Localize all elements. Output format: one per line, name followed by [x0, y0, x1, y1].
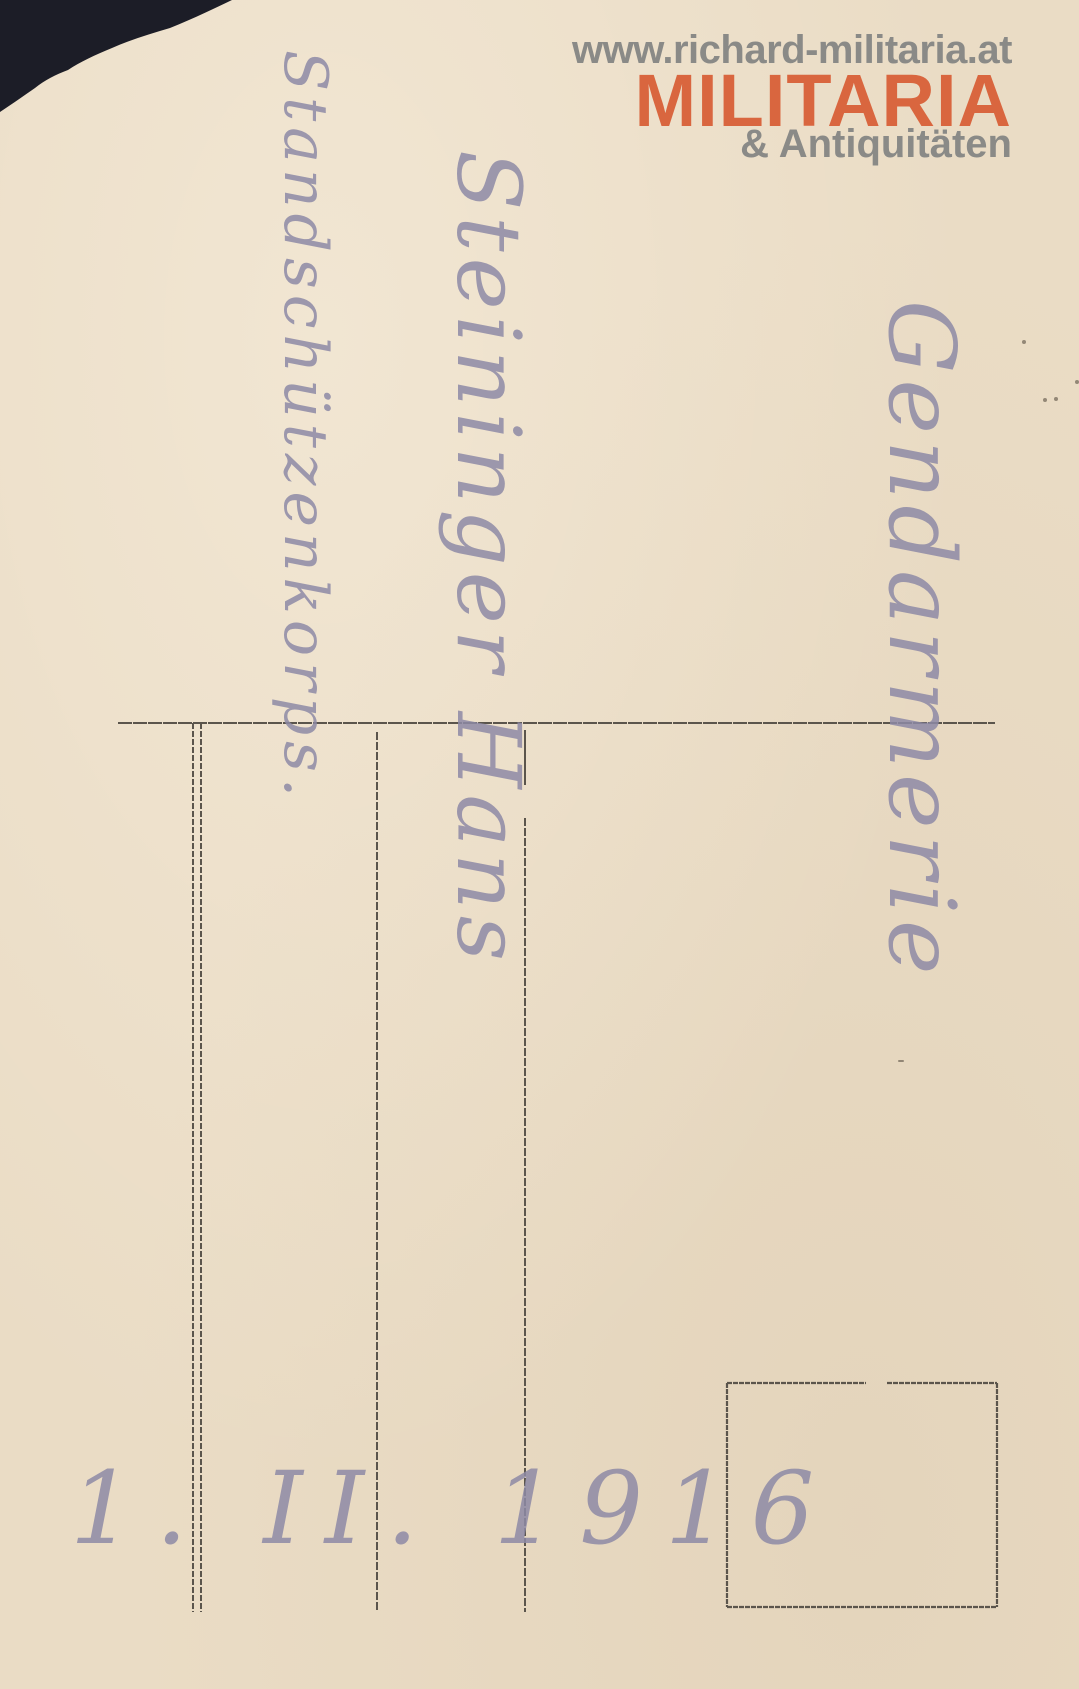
postcard-back: www.richard-militaria.at MILITARIA & Ant…: [0, 0, 1079, 1689]
watermark-brand: MILITARIA: [572, 64, 1012, 126]
paper-speck: [1043, 398, 1047, 402]
paper-speck: [1022, 340, 1026, 344]
handwritten-date: 1. II. 1916: [70, 1450, 836, 1567]
handwriting-middle-column: Steininger Hans: [437, 150, 540, 967]
paper-speck: [1075, 380, 1079, 384]
watermark: www.richard-militaria.at MILITARIA & Ant…: [572, 30, 1012, 164]
paper-speck: [1054, 397, 1058, 401]
handwriting-left-column: Standschützenkorps.: [270, 50, 340, 803]
paper-speck: [898, 1060, 904, 1062]
handwriting-right-column: Gendarmerie: [868, 300, 975, 980]
